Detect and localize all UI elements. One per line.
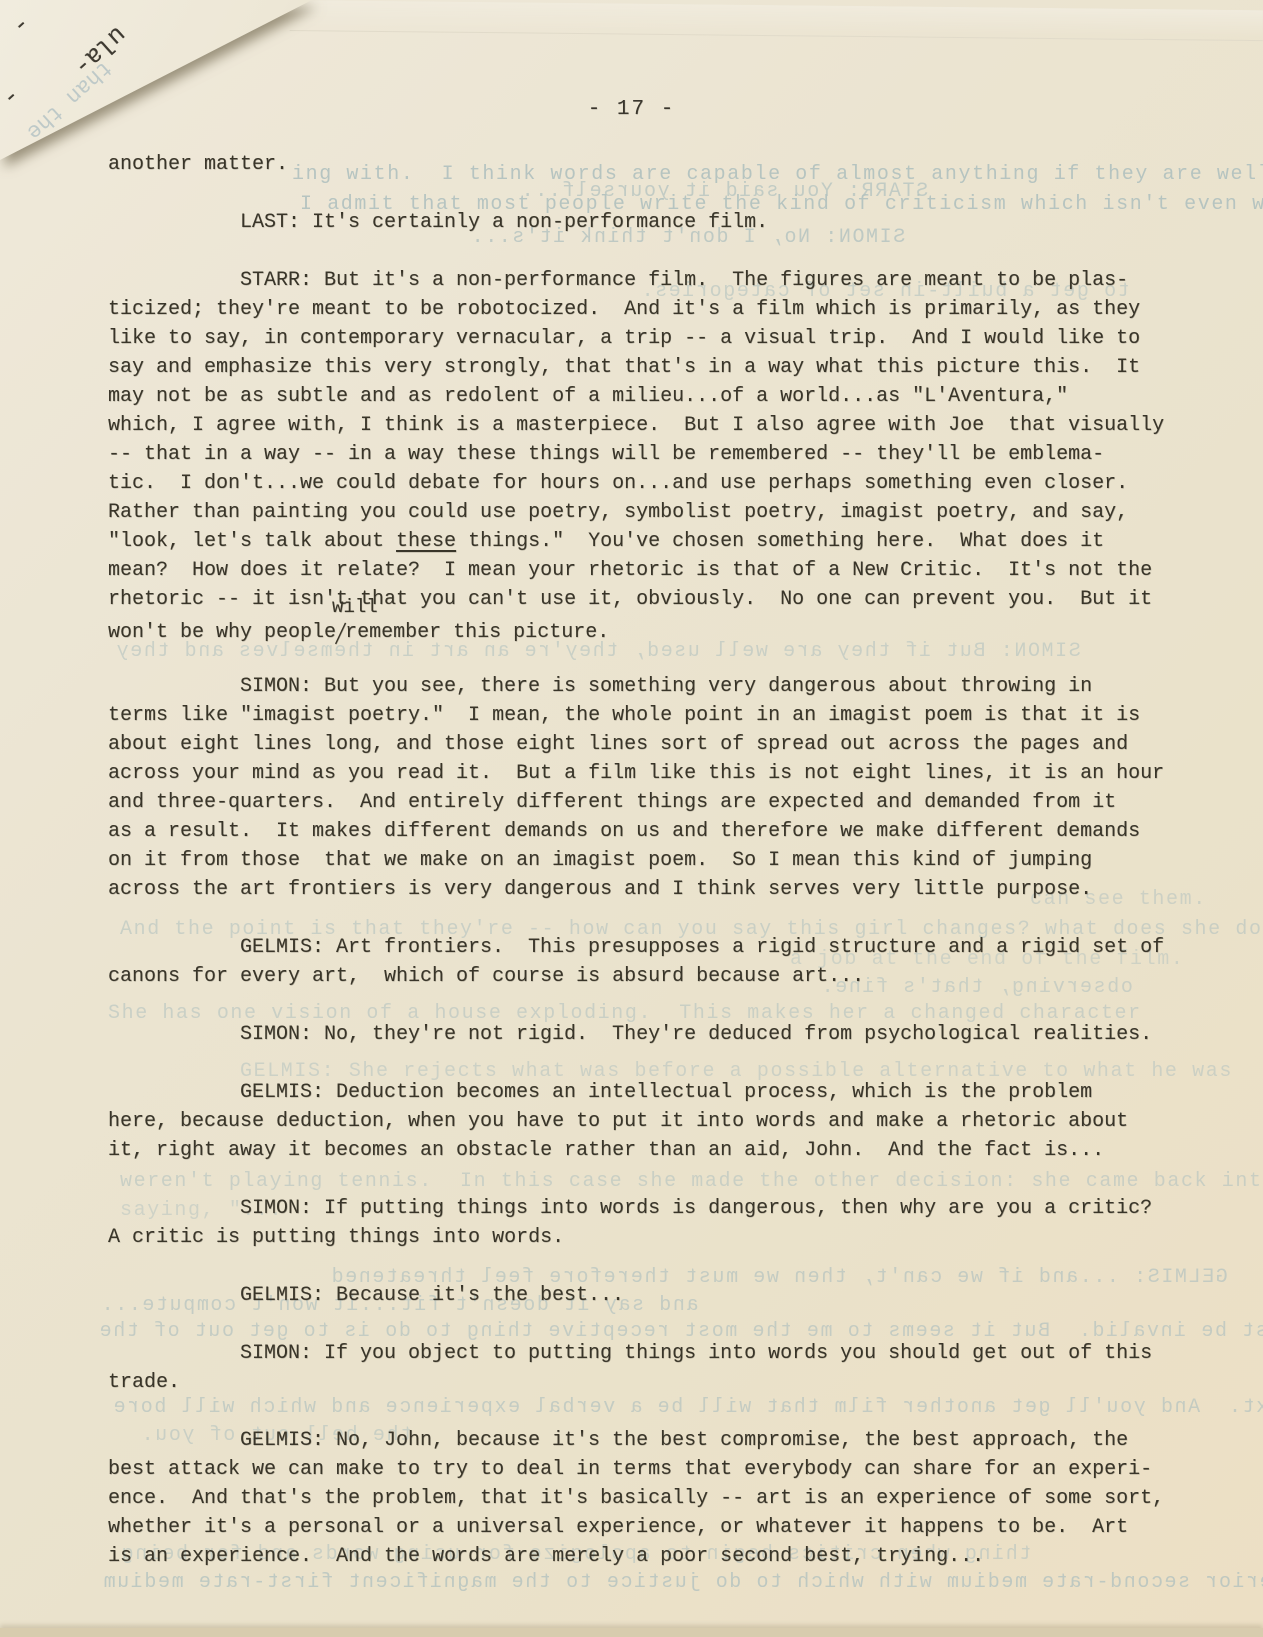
transcript-line: GELMIS: Art frontiers. This presupposes … — [108, 933, 1228, 962]
transcript-line: mean? How does it relate? I mean your rh… — [108, 556, 1228, 585]
transcript-line: and three-quarters. And entirely differe… — [108, 788, 1228, 817]
transcript-line: LAST: It's certainly a non-performance f… — [108, 208, 1228, 237]
transcript-line: may not be as subtle and as redolent of … — [108, 382, 1228, 411]
transcript-line: GELMIS: No, John, because it's the best … — [108, 1426, 1228, 1455]
transcript-paragraph: LAST: It's certainly a non-performance f… — [108, 208, 1228, 237]
transcript-line: trade. — [108, 1368, 1228, 1397]
scan-bottom-edge — [0, 1628, 1263, 1637]
transcript-paragraph: GELMIS: No, John, because it's the best … — [108, 1426, 1228, 1571]
transcript-line: whether it's a personal or a universal e… — [108, 1513, 1228, 1542]
transcript-line: A critic is putting things into words. — [108, 1223, 1228, 1252]
transcript: another matter.LAST: It's certainly a no… — [108, 150, 1228, 1600]
transcript-line: ticized; they're meant to be robotocized… — [108, 295, 1228, 324]
transcript-line: here, because deduction, when you have t… — [108, 1107, 1228, 1136]
transcript-paragraph: GELMIS: Art frontiers. This presupposes … — [108, 933, 1228, 991]
corner-text-fragment: - — [0, 81, 25, 111]
transcript-line: SIMON: But you see, there is something v… — [108, 672, 1228, 701]
transcript-line: about eight lines long, and those eight … — [108, 730, 1228, 759]
transcript-line: is an experience. And the words are mere… — [108, 1542, 1228, 1571]
transcript-paragraph: GELMIS: Deduction becomes an intellectua… — [108, 1078, 1228, 1165]
transcript-line: like to say, in contemporary vernacular,… — [108, 324, 1228, 353]
transcript-line: -- that in a way -- in a way these thing… — [108, 440, 1228, 469]
transcript-line: SIMON: If you object to putting things i… — [108, 1339, 1228, 1368]
transcript-line: tic. I don't...we could debate for hours… — [108, 469, 1228, 498]
folded-page-corner: eparateula---than the — [0, 0, 312, 160]
corner-text-fragment: eparate — [144, 34, 252, 136]
transcript-line: SIMON: No, they're not rigid. They're de… — [108, 1020, 1228, 1049]
transcript-line: STARR: But it's a non-performance film. … — [108, 266, 1228, 295]
transcript-line: canons for every art, which of course is… — [108, 962, 1228, 991]
transcript-line: say and emphasize this very strongly, th… — [108, 353, 1228, 382]
transcript-line: terms like "imagist poetry." I mean, the… — [108, 701, 1228, 730]
transcript-paragraph: SIMON: If you object to putting things i… — [108, 1339, 1228, 1397]
transcript-line: across the art frontiers is very dangero… — [108, 875, 1228, 904]
transcript-paragraph: SIMON: If putting things into words is d… — [108, 1194, 1228, 1252]
transcript-line: ence. And that's the problem, that it's … — [108, 1484, 1228, 1513]
transcript-line: which, I agree with, I think is a master… — [108, 411, 1228, 440]
transcript-line: GELMIS: Deduction becomes an intellectua… — [108, 1078, 1228, 1107]
transcript-line: "look, let's talk about these things." Y… — [108, 527, 1228, 556]
transcript-paragraph: SIMON: But you see, there is something v… — [108, 672, 1228, 904]
corner-text-fragment: - — [6, 9, 35, 39]
transcript-line: as a result. It makes different demands … — [108, 817, 1228, 846]
transcript-line: Rather than painting you could use poetr… — [108, 498, 1228, 527]
transcript-paragraph: SIMON: No, they're not rigid. They're de… — [108, 1020, 1228, 1049]
transcript-paragraph: STARR: But it's a non-performance film. … — [108, 266, 1228, 643]
document-scan: { "page": { "number_label": "- 17 -", "c… — [0, 0, 1263, 1637]
transcript-line: it, right away it becomes an obstacle ra… — [108, 1136, 1228, 1165]
transcript-line: on it from those that we make on an imag… — [108, 846, 1228, 875]
folded-page-corner-face: eparateula---than the — [0, 0, 312, 160]
transcript-line: rhetoric -- it isn't that you can't use … — [108, 585, 1228, 614]
transcript-paragraph: GELMIS: Because it's the best... — [108, 1281, 1228, 1310]
corner-text-fragment: than the — [21, 55, 116, 144]
transcript-line: GELMIS: Because it's the best... — [108, 1281, 1228, 1310]
transcript-line: won't be why peoplewill/remember this pi… — [108, 614, 1228, 643]
transcript-line: across your mind as you read it. But a f… — [108, 759, 1228, 788]
typed-insertion-will: will/ — [336, 614, 345, 647]
transcript-line: best attack we can make to try to deal i… — [108, 1455, 1228, 1484]
transcript-line: SIMON: If putting things into words is d… — [108, 1194, 1228, 1223]
